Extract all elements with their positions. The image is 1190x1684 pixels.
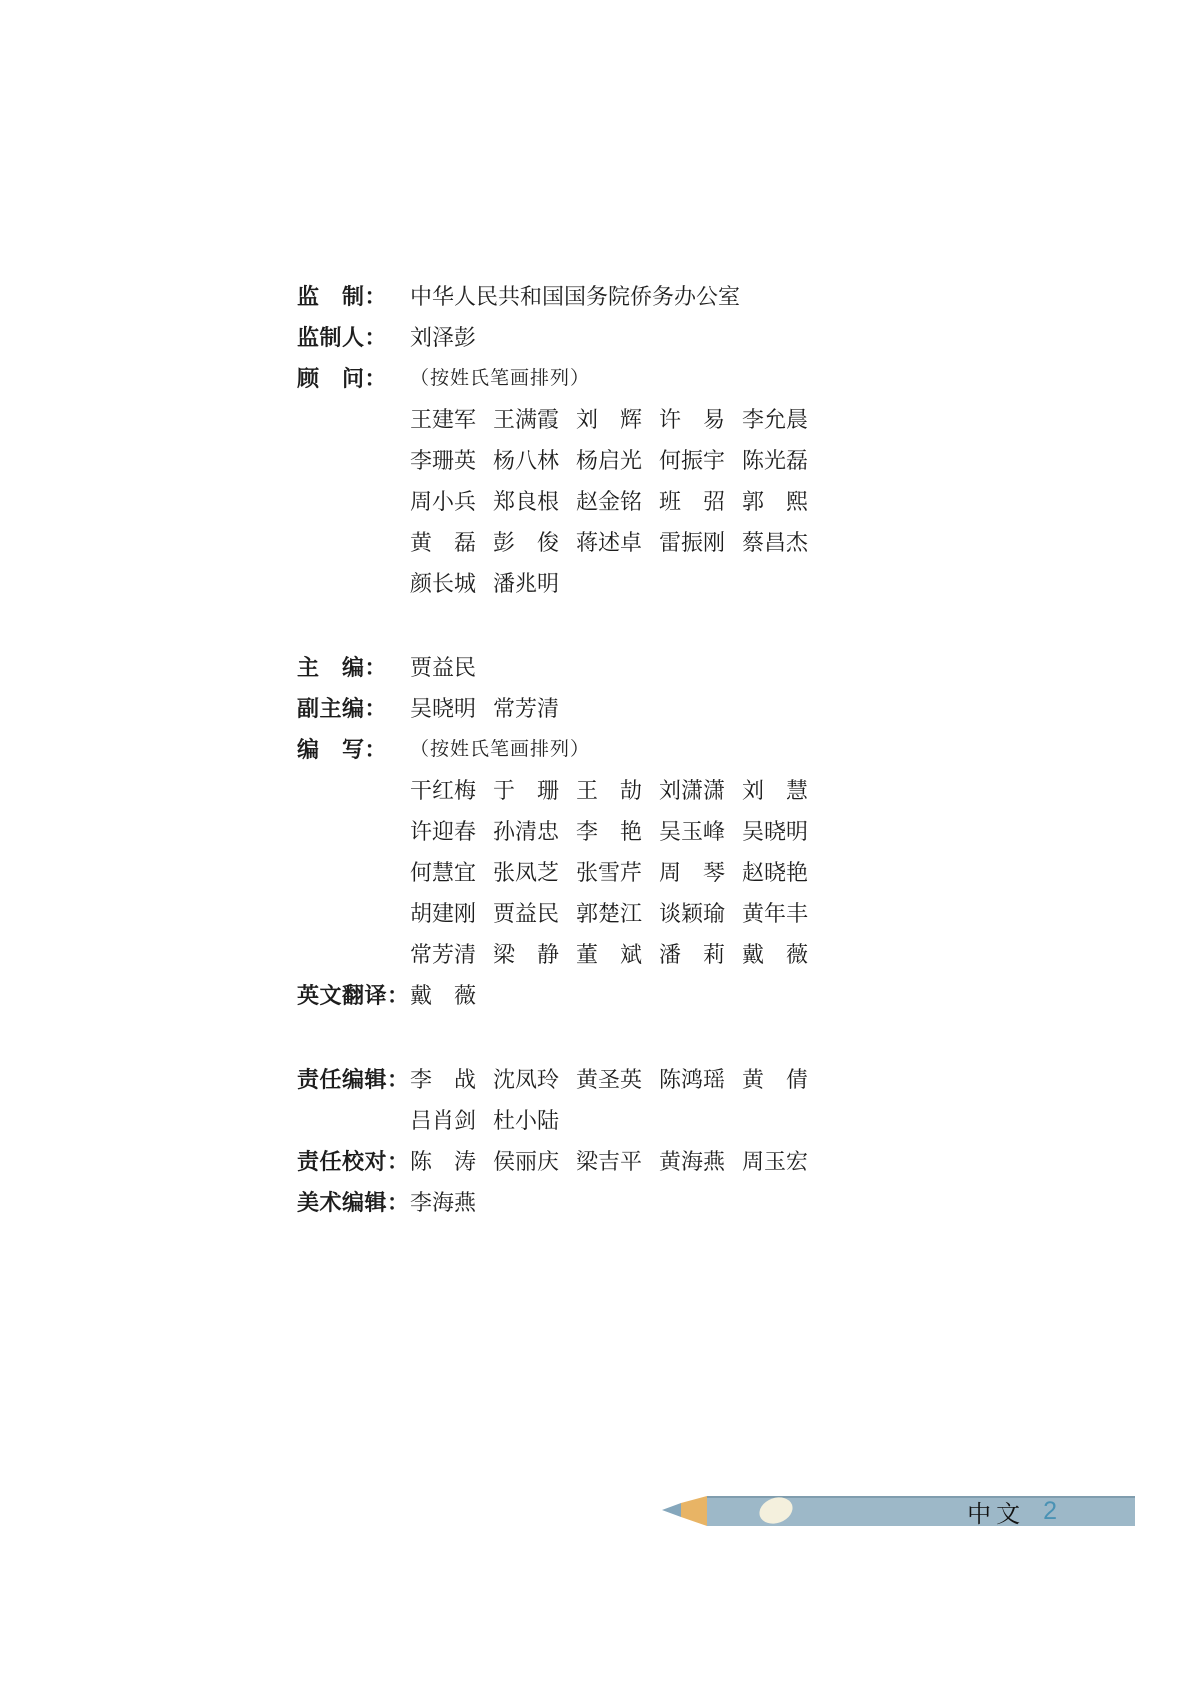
person-name: 许迎春 bbox=[410, 811, 476, 852]
person-name: 常芳清 bbox=[493, 688, 559, 729]
person-name: 黄 磊 bbox=[410, 522, 476, 563]
person-name: 吕肖剑 bbox=[410, 1100, 476, 1141]
person-name: 吴晓明 bbox=[410, 688, 476, 729]
person-name: 李 艳 bbox=[576, 811, 642, 852]
person-name: 蔡昌杰 bbox=[742, 522, 808, 563]
person-name: 董 斌 bbox=[576, 934, 642, 975]
person-name: 梁 静 bbox=[493, 934, 559, 975]
credits-row: 责任编辑：李 战沈凤玲黄圣英陈鸿瑶黄 倩 bbox=[297, 1059, 825, 1100]
credits-row: 何慧宜张凤芝张雪芹周 琴赵晓艳 bbox=[297, 852, 825, 893]
footer-section-label: 中文 bbox=[967, 1494, 1025, 1529]
person-name: 胡建刚 bbox=[410, 893, 476, 934]
person-name: 陈光磊 bbox=[742, 440, 808, 481]
person-name: 黄圣英 bbox=[576, 1059, 642, 1100]
person-name: 杜小陆 bbox=[493, 1100, 559, 1141]
person-name: 王满霞 bbox=[493, 399, 559, 440]
person-name: 郭楚江 bbox=[576, 893, 642, 934]
person-name: 陈 涛 bbox=[410, 1141, 476, 1182]
row-label: 主 编： bbox=[297, 647, 410, 688]
row-label: 责任编辑： bbox=[297, 1059, 410, 1100]
row-label: 副主编： bbox=[297, 688, 410, 729]
credits-row: 监制人：刘泽彭 bbox=[297, 317, 825, 358]
person-name: 干红梅 bbox=[410, 770, 476, 811]
footer-pencil-bar: 中文 2 bbox=[662, 1496, 1135, 1526]
person-name: 何慧宜 bbox=[410, 852, 476, 893]
row-value: 刘泽彭 bbox=[410, 317, 476, 358]
sort-order-note: （按姓氏笔画排列） bbox=[410, 729, 590, 770]
credits-row: 副主编：吴晓明常芳清 bbox=[297, 688, 825, 729]
credits-row: 主 编：贾益民 bbox=[297, 647, 825, 688]
person-name: 王建军 bbox=[410, 399, 476, 440]
row-label: 顾 问： bbox=[297, 358, 410, 399]
credits-block: 监 制：中华人民共和国国务院侨务办公室监制人：刘泽彭顾 问：（按姓氏笔画排列）王… bbox=[297, 276, 825, 1223]
pencil-highlight-icon bbox=[756, 1493, 797, 1528]
person-name: 戴 薇 bbox=[410, 975, 476, 1016]
credits-row: 编 写：（按姓氏笔画排列） bbox=[297, 729, 825, 770]
person-name: 谈颖瑜 bbox=[659, 893, 725, 934]
person-name: 许 易 bbox=[659, 399, 725, 440]
credits-row: 李珊英杨八林杨启光何振宇陈光磊 bbox=[297, 440, 825, 481]
pencil-tip-icon bbox=[662, 1496, 707, 1526]
row-label: 责任校对： bbox=[297, 1141, 410, 1182]
person-name: 刘潇潇 bbox=[659, 770, 725, 811]
person-name: 孙清忠 bbox=[493, 811, 559, 852]
credits-row: 吕肖剑杜小陆 bbox=[297, 1100, 825, 1141]
credits-row: 美术编辑：李海燕 bbox=[297, 1182, 825, 1223]
credits-row: 周小兵郑良根赵金铭班 弨郭 熙 bbox=[297, 481, 825, 522]
sort-order-note: （按姓氏笔画排列） bbox=[410, 358, 590, 399]
person-name: 杨八林 bbox=[493, 440, 559, 481]
row-label: 监 制： bbox=[297, 276, 410, 317]
credits-row: 胡建刚贾益民郭楚江谈颖瑜黄年丰 bbox=[297, 893, 825, 934]
person-name: 贾益民 bbox=[410, 647, 476, 688]
person-name: 李珊英 bbox=[410, 440, 476, 481]
person-name: 潘兆明 bbox=[493, 563, 559, 604]
person-name: 蒋述卓 bbox=[576, 522, 642, 563]
person-name: 雷振刚 bbox=[659, 522, 725, 563]
person-name: 郭 熙 bbox=[742, 481, 808, 522]
credits-row: 王建军王满霞刘 辉许 易李允晨 bbox=[297, 399, 825, 440]
person-name: 侯丽庆 bbox=[493, 1141, 559, 1182]
person-name: 李允晨 bbox=[742, 399, 808, 440]
person-name: 黄海燕 bbox=[659, 1141, 725, 1182]
person-name: 赵金铭 bbox=[576, 481, 642, 522]
row-label: 英文翻译： bbox=[297, 975, 410, 1016]
person-name: 李 战 bbox=[410, 1059, 476, 1100]
row-label: 美术编辑： bbox=[297, 1182, 410, 1223]
credits-row: 干红梅于 珊王 劼刘潇潇刘 慧 bbox=[297, 770, 825, 811]
person-name: 于 珊 bbox=[493, 770, 559, 811]
person-name: 常芳清 bbox=[410, 934, 476, 975]
credits-row: 责任校对：陈 涛侯丽庆梁吉平黄海燕周玉宏 bbox=[297, 1141, 825, 1182]
person-name: 周 琴 bbox=[659, 852, 725, 893]
person-name: 梁吉平 bbox=[576, 1141, 642, 1182]
person-name: 吴玉峰 bbox=[659, 811, 725, 852]
person-name: 陈鸿瑶 bbox=[659, 1059, 725, 1100]
footer-bar: 中文 2 bbox=[707, 1496, 1135, 1526]
person-name: 戴 薇 bbox=[742, 934, 808, 975]
person-name: 何振宇 bbox=[659, 440, 725, 481]
person-name: 贾益民 bbox=[493, 893, 559, 934]
credits-row: 黄 磊彭 俊蒋述卓雷振刚蔡昌杰 bbox=[297, 522, 825, 563]
credits-row: 英文翻译：戴 薇 bbox=[297, 975, 825, 1016]
credits-row: 监 制：中华人民共和国国务院侨务办公室 bbox=[297, 276, 825, 317]
person-name: 周小兵 bbox=[410, 481, 476, 522]
person-name: 周玉宏 bbox=[742, 1141, 808, 1182]
person-name: 班 弨 bbox=[659, 481, 725, 522]
row-value: 中华人民共和国国务院侨务办公室 bbox=[410, 276, 740, 317]
person-name: 李海燕 bbox=[410, 1182, 476, 1223]
person-name: 王 劼 bbox=[576, 770, 642, 811]
row-label: 监制人： bbox=[297, 317, 410, 358]
person-name: 潘 莉 bbox=[659, 934, 725, 975]
person-name: 颜长城 bbox=[410, 563, 476, 604]
person-name: 刘 辉 bbox=[576, 399, 642, 440]
person-name: 赵晓艳 bbox=[742, 852, 808, 893]
credits-row: 常芳清梁 静董 斌潘 莉戴 薇 bbox=[297, 934, 825, 975]
person-name: 张凤芝 bbox=[493, 852, 559, 893]
person-name: 黄年丰 bbox=[742, 893, 808, 934]
credits-row: 许迎春孙清忠李 艳吴玉峰吴晓明 bbox=[297, 811, 825, 852]
person-name: 黄 倩 bbox=[742, 1059, 808, 1100]
person-name: 吴晓明 bbox=[742, 811, 808, 852]
credits-row: 顾 问：（按姓氏笔画排列） bbox=[297, 358, 825, 399]
person-name: 沈凤玲 bbox=[493, 1059, 559, 1100]
page-number: 2 bbox=[1043, 1497, 1057, 1526]
credits-row: 颜长城潘兆明 bbox=[297, 563, 825, 604]
row-label: 编 写： bbox=[297, 729, 410, 770]
person-name: 郑良根 bbox=[493, 481, 559, 522]
person-name: 张雪芹 bbox=[576, 852, 642, 893]
person-name: 杨启光 bbox=[576, 440, 642, 481]
person-name: 彭 俊 bbox=[493, 522, 559, 563]
person-name: 刘 慧 bbox=[742, 770, 808, 811]
